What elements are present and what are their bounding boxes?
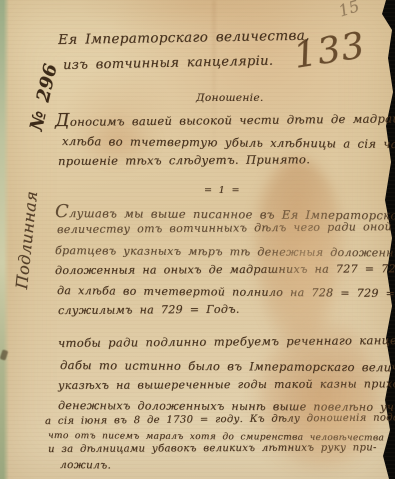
para1-line-1: Доносимъ вашей высокой чести дѣти де мад… (55, 106, 395, 131)
para2-line-2: величеству отъ вотчинныхъ дѣлъ чего ради… (57, 219, 395, 236)
para3-line-2: дабы то истинно было въ Імператорскаго в… (60, 358, 395, 375)
doc-title: Доношеніе. (196, 92, 264, 104)
para3-line-4: денежныхъ доложенныхъ нынѣ выше повелѣно… (58, 399, 395, 414)
section-mark: = 1 = (204, 185, 240, 196)
para2-line-4: доложенныя на оныхъ де мадрашнихъ на 727… (55, 262, 395, 277)
para2-line-6: служилымъ на 729 = Годъ. (58, 303, 240, 317)
scan-background: № 296 Подлинная 133 15 Ея Імператорскаго… (0, 0, 395, 479)
para3-line-1: чтобы ради подлинно требуемъ реченнаго к… (58, 333, 395, 350)
closing-line-4: ложилъ. (60, 459, 111, 471)
closing-line-3: и за дѣлницами убавокъ великихъ лѣтнихъ … (48, 442, 377, 455)
para1-line-3: прошеніе тѣхъ слѣдуетъ. Принято. (58, 152, 310, 168)
binding-edge (0, 0, 9, 479)
para3-line-3: указѣхъ на вышереченные годы такой казны… (58, 377, 395, 392)
